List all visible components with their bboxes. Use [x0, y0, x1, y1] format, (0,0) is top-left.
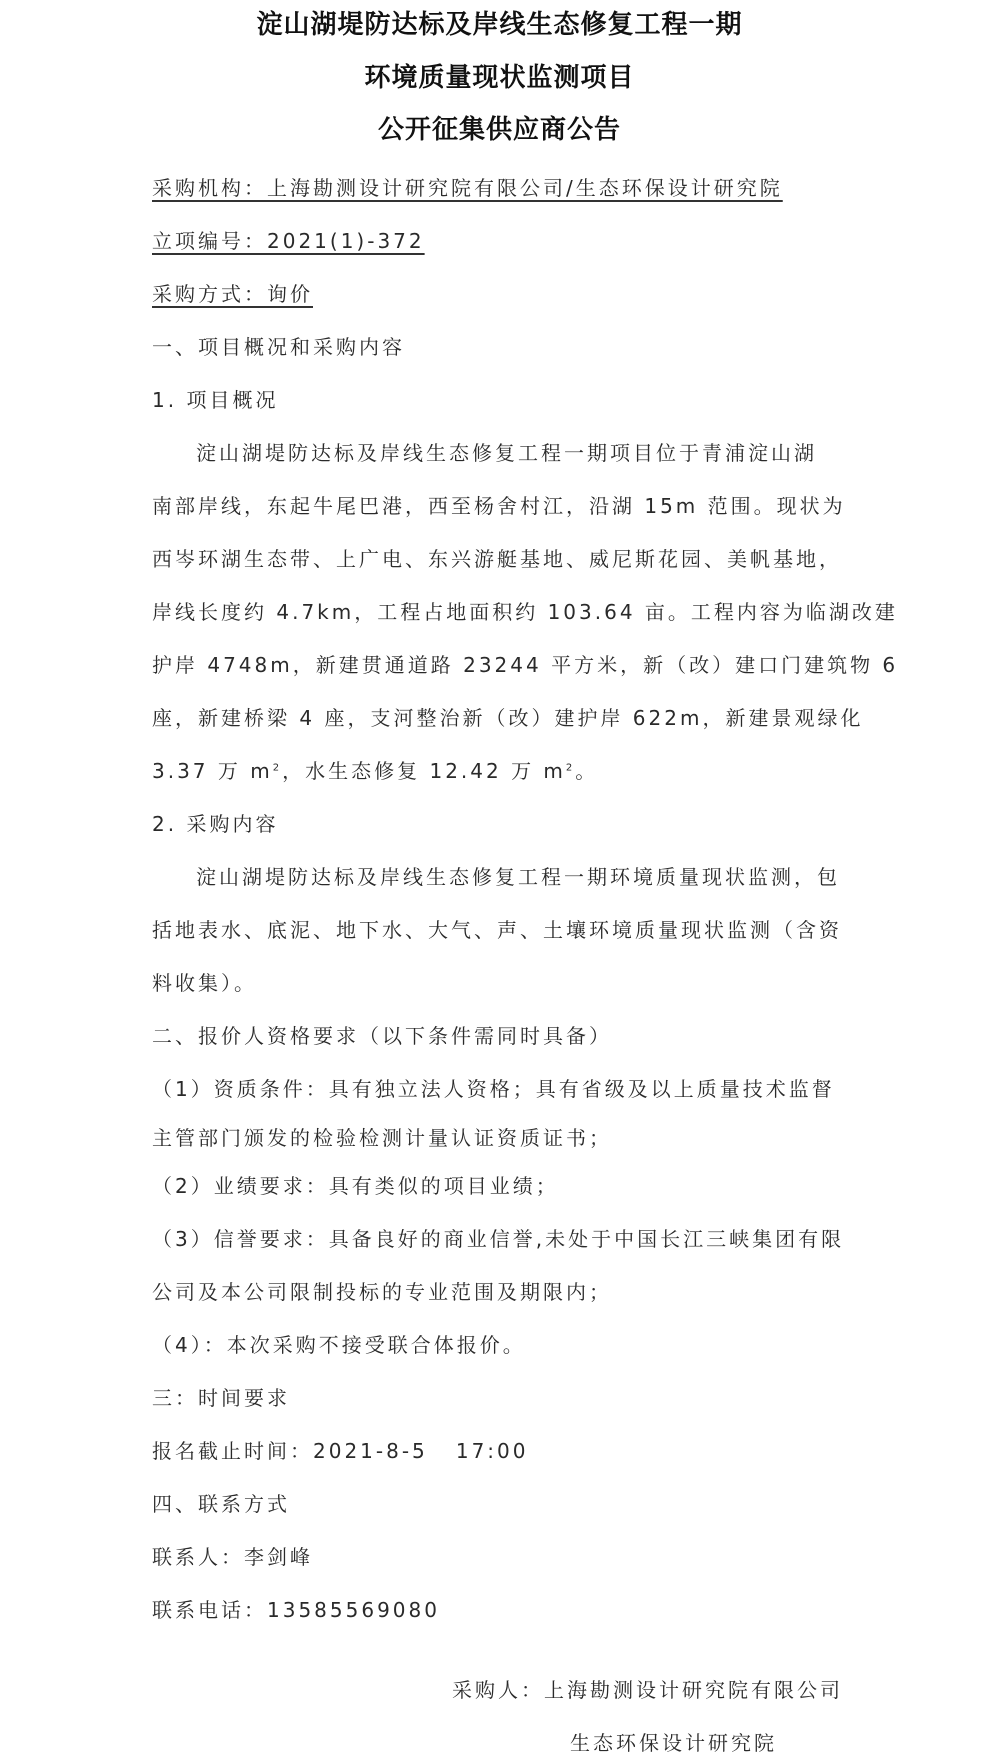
overview-line: 护岸 4748m，新建贯通道路 23244 平方米，新（改）建口门建筑物 6 [152, 639, 848, 692]
overview-line: 南部岸线，东起牛尾巴港，西至杨舍村江，沿湖 15m 范围。现状为 [152, 480, 848, 533]
title-line-2: 环境质量现状监测项目 [0, 61, 999, 95]
title-line-1: 淀山湖堤防达标及岸线生态修复工程一期 [0, 8, 999, 42]
project-number: 立项编号：2021(1)-372 [152, 229, 425, 253]
document-body: 采购机构：上海勘测设计研究院有限公司/生态环保设计研究院 立项编号：2021(1… [152, 162, 848, 1637]
overview-line: 西岑环湖生态带、上广电、东兴游艇基地、威尼斯花园、美帆基地， [152, 533, 848, 586]
registration-deadline: 报名截止时间：2021-8-5 17:00 [152, 1425, 848, 1478]
section-2-heading: 二、报价人资格要求（以下条件需同时具备） [152, 1010, 848, 1063]
qualification-item: （2）业绩要求：具有类似的项目业绩； [152, 1160, 848, 1213]
qualification-item: 公司及本公司限制投标的专业范围及期限内； [152, 1266, 848, 1319]
procurement-agency: 采购机构：上海勘测设计研究院有限公司/生态环保设计研究院 [152, 176, 783, 200]
qualification-item: （4）：本次采购不接受联合体报价。 [152, 1319, 848, 1372]
content-line: 淀山湖堤防达标及岸线生态修复工程一期环境质量现状监测，包 [152, 851, 848, 904]
overview-line: 岸线长度约 4.7km，工程占地面积约 103.64 亩。工程内容为临湖改建 [152, 586, 848, 639]
overview-line: 淀山湖堤防达标及岸线生态修复工程一期项目位于青浦淀山湖 [152, 427, 848, 480]
content-line: 括地表水、底泥、地下水、大气、声、土壤环境质量现状监测（含资 [152, 904, 848, 957]
contact-phone: 联系电话：13585569080 [152, 1584, 848, 1637]
qualification-item: （3）信誉要求：具备良好的商业信誉,未处于中国长江三峡集团有限 [152, 1213, 848, 1266]
title-line-3: 公开征集供应商公告 [0, 113, 999, 147]
contact-person: 联系人：李剑峰 [152, 1531, 848, 1584]
overview-line-last: 3.37 万 m2，水生态修复 12.42 万 m2。 [152, 745, 848, 798]
procurement-method: 采购方式：询价 [152, 282, 313, 306]
section-3-heading: 三：时间要求 [152, 1372, 848, 1425]
subsection-2-heading: 2. 采购内容 [152, 798, 848, 851]
section-4-heading: 四、联系方式 [152, 1478, 848, 1531]
overview-line: 座，新建桥梁 4 座，支河整治新（改）建护岸 622m，新建景观绿化 [152, 692, 848, 745]
qualification-item: （1）资质条件：具有独立法人资格；具有省级及以上质量技术监督 [152, 1063, 848, 1116]
qualification-item: 主管部门颁发的检验检测计量认证资质证书； [152, 1116, 848, 1160]
section-1-heading: 一、项目概况和采购内容 [152, 321, 848, 374]
signature-department: 生态环保设计研究院 [570, 1728, 777, 1758]
content-line: 料收集）。 [152, 957, 848, 1010]
subsection-1-heading: 1. 项目概况 [152, 374, 848, 427]
signature-purchaser: 采购人：上海勘测设计研究院有限公司 [452, 1675, 843, 1705]
